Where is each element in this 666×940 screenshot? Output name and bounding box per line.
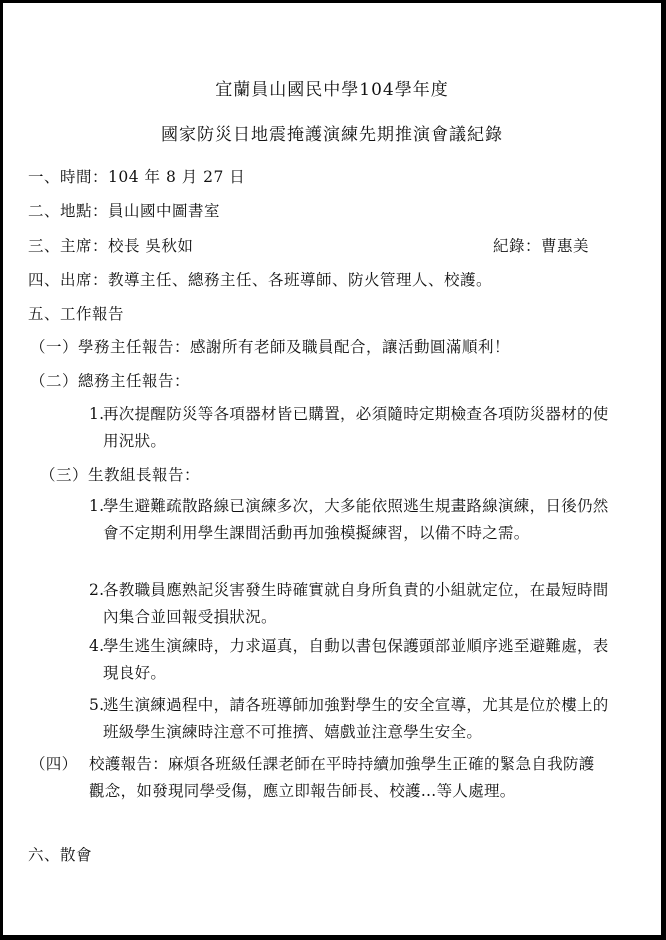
section-chair: 三、主席：校長 吳秋如 — [28, 234, 193, 256]
report-text: 校護報告：麻煩各班級任課老師在平時持續加強學生正確的緊急自我防護觀念，如發現同學… — [30, 751, 610, 805]
document-page: 宜蘭員山國民中學104學年度 國家防災日地震掩護演練先期推演會議紀錄 一、時間：… — [3, 3, 661, 935]
section-work-report: 五、工作報告 — [28, 302, 124, 324]
item-text: 學生逃生演練時，力求逼真，自動以書包保護頭部並順序逃至避難處，表現良好。 — [89, 633, 609, 687]
document-title: 宜蘭員山國民中學104學年度 — [3, 75, 661, 100]
item-text: 再次提醒防災等各項器材皆已購置，必須隨時定期檢查各項防災器材的使用況狀。 — [89, 401, 609, 455]
discipline-item-5: 5. 逃生演練過程中，請各班導師加強對學生的安全宣導，尤其是位於樓上的班級學生演… — [89, 692, 609, 746]
item-number: 5. — [89, 692, 104, 719]
section-recorder: 紀錄：曹惠美 — [493, 234, 589, 256]
report-school-nurse: （四） 校護報告：麻煩各班級任課老師在平時持續加強學生正確的緊急自我防護觀念，如… — [30, 751, 610, 805]
report-student-discipline: （三）生教組長報告： — [40, 463, 200, 485]
discipline-item-4: 4. 學生逃生演練時，力求逼真，自動以書包保護頭部並順序逃至避難處，表現良好。 — [89, 633, 609, 687]
report-general-affairs: （二）總務主任報告： — [30, 369, 190, 391]
section-time: 一、時間：104 年 8 月 27 日 — [28, 165, 245, 187]
section-location: 二、地點：員山國中圖書室 — [28, 199, 220, 221]
discipline-item-1: 1. 學生避難疏散路線已演練多次，大多能依照逃生規畫路線演練，日後仍然會不定期利… — [89, 493, 609, 547]
document-subtitle: 國家防災日地震掩護演練先期推演會議紀錄 — [3, 120, 661, 145]
discipline-item-2: 2. 各教職員應熟記災害發生時確實就自身所負責的小組就定位，在最短時間內集合並回… — [89, 577, 609, 631]
section-attendees: 四、出席：教導主任、總務主任、各班導師、防火管理人、校護。 — [28, 268, 492, 290]
item-number: 1. — [89, 401, 104, 428]
item-number: 4. — [89, 633, 104, 660]
item-number: 2. — [89, 577, 104, 604]
item-text: 各教職員應熟記災害發生時確實就自身所負責的小組就定位，在最短時間內集合並回報受損… — [89, 577, 609, 631]
report-academic-affairs: （一）學務主任報告：感謝所有老師及職員配合，讓活動圓滿順利！ — [30, 335, 510, 357]
item-number: 1. — [89, 493, 104, 520]
item-text: 逃生演練過程中，請各班導師加強對學生的安全宣導，尤其是位於樓上的班級學生演練時注… — [89, 692, 609, 746]
general-affairs-item-1: 1. 再次提醒防災等各項器材皆已購置，必須隨時定期檢查各項防災器材的使用況狀。 — [89, 401, 609, 455]
report-prefix: （四） — [30, 751, 77, 778]
item-text: 學生避難疏散路線已演練多次，大多能依照逃生規畫路線演練，日後仍然會不定期利用學生… — [89, 493, 609, 547]
section-adjourn: 六、散會 — [28, 843, 92, 865]
